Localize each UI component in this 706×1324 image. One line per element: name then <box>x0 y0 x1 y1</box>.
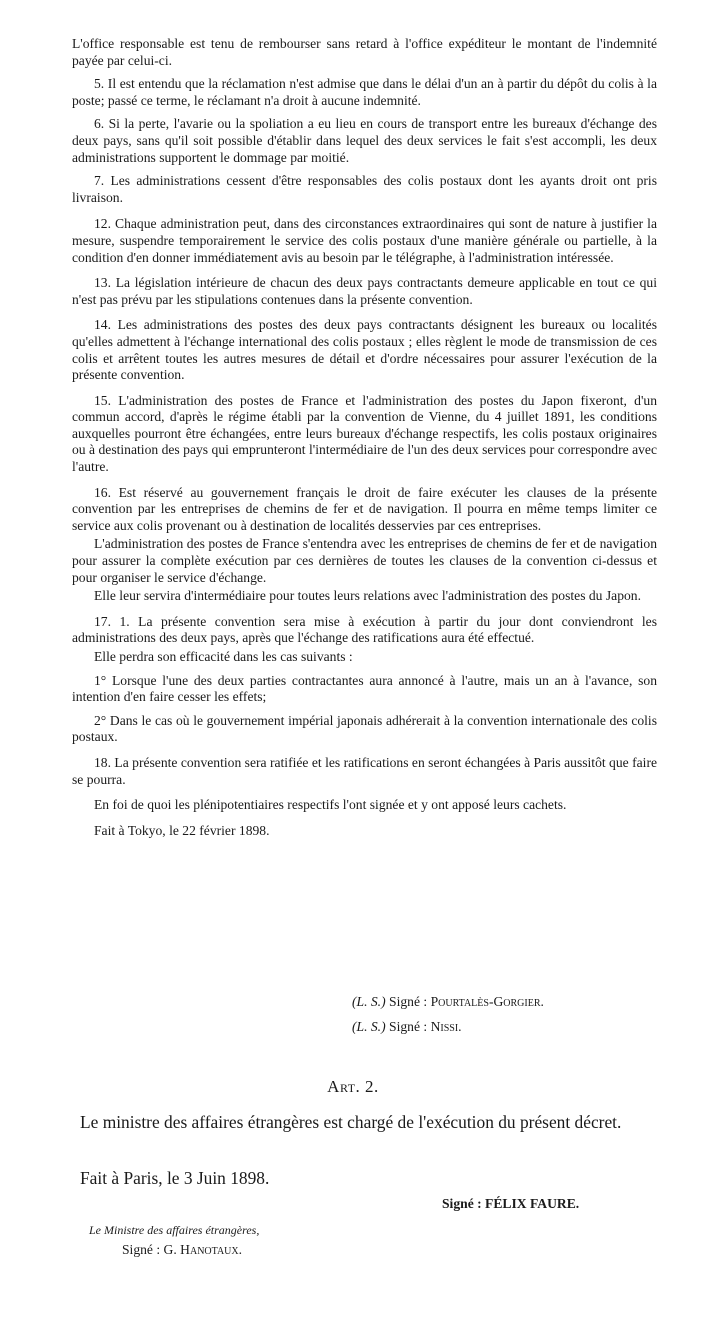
paragraph-article-17-case-2: 2° Dans le cas où le gouvernement impéri… <box>72 713 657 746</box>
paragraph-article-16: 16. Est réservé au gouvernement français… <box>72 485 657 535</box>
paragraph-article-16-b: L'administration des postes de France s'… <box>72 536 657 586</box>
president-signature: Signé : FÉLIX FAURE. <box>442 1196 579 1212</box>
signature-label: Signé : <box>389 1019 427 1034</box>
minister-title: Le Ministre des affaires étrangères, <box>89 1223 259 1238</box>
paragraph-en-foi: En foi de quoi les plénipotentiaires res… <box>72 797 657 814</box>
article-2-heading: Art. 2. <box>0 1077 706 1097</box>
paragraph-article-17-case-1: 1° Lorsque l'une des deux parties contra… <box>72 673 657 706</box>
signatory-name: Pourtalès-Gorgier. <box>431 994 544 1009</box>
paragraph-article-5: 5. Il est entendu que la réclamation n'e… <box>72 76 657 109</box>
paragraph-article-13: 13. La législation intérieure de chacun … <box>72 275 657 308</box>
paragraph-article-16-c: Elle leur servira d'intermédiaire pour t… <box>72 588 657 605</box>
signature-label: Signé : <box>389 994 427 1009</box>
paragraph-article-18: 18. La présente convention sera ratifiée… <box>72 755 657 788</box>
minister-signature: Signé : G. Hanotaux. <box>122 1242 242 1258</box>
paragraph-article-17: 17. 1. La présente convention sera mise … <box>72 614 657 647</box>
signature-label: Signé : <box>122 1242 160 1257</box>
signatory-name: Nissi. <box>431 1019 462 1034</box>
article-2-text: Le ministre des affaires étrangères est … <box>58 1112 652 1132</box>
document-body: L'office responsable est tenu de rembour… <box>72 36 657 846</box>
paragraph-article-12: 12. Chaque administration peut, dans des… <box>72 216 657 266</box>
article-2-place-date: Fait à Paris, le 3 Juin 1898. <box>80 1168 269 1188</box>
signature-nissi: (L. S.) Signé : Nissi. <box>352 1019 462 1035</box>
paragraph-article-15: 15. L'administration des postes de Franc… <box>72 393 657 476</box>
paragraph-fait-tokyo: Fait à Tokyo, le 22 février 1898. <box>72 823 657 840</box>
paragraph-article-6: 6. Si la perte, l'avarie ou la spoliatio… <box>72 116 657 166</box>
paragraph-article-7: 7. Les administrations cessent d'être re… <box>72 173 657 206</box>
seal-mark: (L. S.) <box>352 1019 386 1034</box>
paragraph-article-17-b: Elle perdra son efficacité dans les cas … <box>72 649 657 666</box>
seal-mark: (L. S.) <box>352 994 386 1009</box>
signature-pourtales: (L. S.) Signé : Pourtalès-Gorgier. <box>352 994 544 1010</box>
paragraph-continuation: L'office responsable est tenu de rembour… <box>72 36 657 69</box>
paragraph-article-14: 14. Les administrations des postes des d… <box>72 317 657 383</box>
signatory-name: G. Hanotaux. <box>164 1242 242 1257</box>
